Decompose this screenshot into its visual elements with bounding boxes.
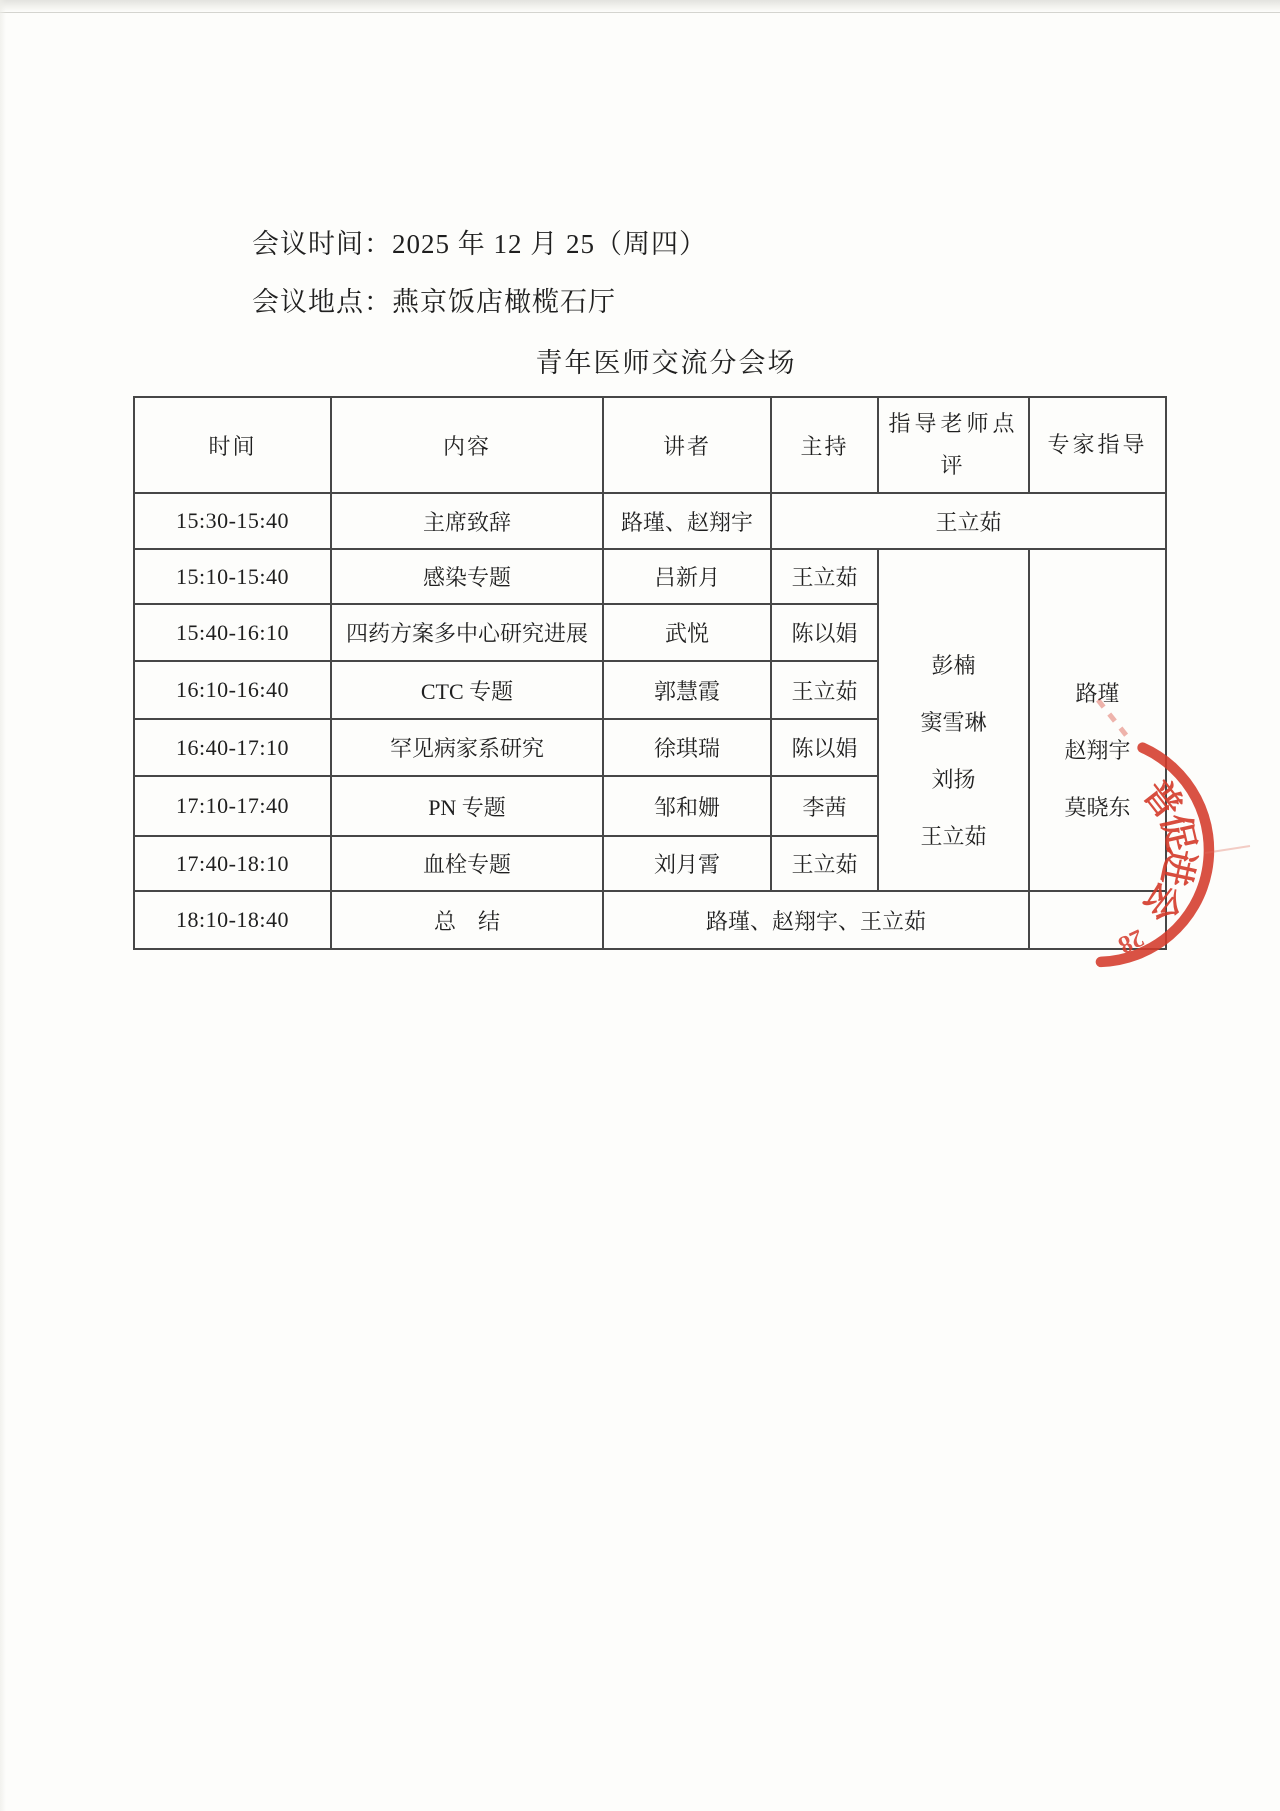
meeting-time-line: 会议时间：2025 年 12 月 25（周四） [252, 222, 707, 261]
cell-expert-advisors: 路瑾 赵翔宇 莫晓东 [1029, 549, 1166, 891]
table-header-row: 时间 内容 讲者 主持 指导老师点评 专家指导 [134, 397, 1166, 493]
col-header-speaker: 讲者 [603, 397, 771, 493]
cell-speaker: 邹和姗 [603, 776, 771, 836]
cell-content: 罕见病家系研究 [331, 719, 603, 776]
table-row: 15:30-15:40 主席致辞 路瑾、赵翔宇 王立茹 [134, 493, 1166, 549]
meeting-location-line: 会议地点：燕京饭店橄榄石厅 [252, 280, 616, 319]
col-header-time: 时间 [134, 397, 331, 493]
cell-expert-empty [1029, 891, 1166, 949]
table-row: 15:10-15:40 感染专题 吕新月 王立茹 彭楠 窦雪琳 刘扬 王立茹 路… [134, 549, 1166, 604]
cell-merged-host: 王立茹 [771, 493, 1166, 549]
seal-smear-line [1205, 846, 1250, 853]
expert-name: 路瑾 [1075, 681, 1119, 707]
cell-time: 16:10-16:40 [134, 661, 331, 719]
mentor-reviewers-stack: 彭楠 窦雪琳 刘扬 王立茹 [879, 591, 1028, 850]
cell-time: 15:30-15:40 [134, 493, 331, 549]
cell-speaker: 路瑾、赵翔宇 [603, 493, 771, 549]
cell-mentor-reviewers: 彭楠 窦雪琳 刘扬 王立茹 [878, 549, 1029, 891]
cell-content: CTC 专题 [331, 661, 603, 719]
scanned-document-page: 会议时间：2025 年 12 月 25（周四） 会议地点：燕京饭店橄榄石厅 青年… [0, 0, 1280, 1811]
mentor-name: 王立茹 [920, 824, 986, 850]
cell-host: 陈以娟 [771, 719, 878, 776]
cell-content: PN 专题 [331, 776, 603, 836]
expert-name: 赵翔宇 [1064, 738, 1130, 764]
cell-merged-summary-people: 路瑾、赵翔宇、王立茹 [603, 891, 1029, 949]
col-header-expert-guidance: 专家指导 [1029, 397, 1166, 493]
scan-left-edge-artifact [0, 0, 6, 1811]
col-header-host: 主持 [771, 397, 878, 493]
cell-host: 李茜 [771, 776, 878, 836]
scan-top-edge-artifact [0, 0, 1280, 13]
schedule-table: 时间 内容 讲者 主持 指导老师点评 专家指导 15:30-15:40 主席致辞… [133, 396, 1167, 950]
cell-host: 王立茹 [771, 836, 878, 891]
cell-time: 17:40-18:10 [134, 836, 331, 891]
cell-time: 15:40-16:10 [134, 604, 331, 661]
col-header-content: 内容 [331, 397, 603, 493]
cell-time: 16:40-17:10 [134, 719, 331, 776]
mentor-name: 刘扬 [931, 767, 975, 793]
mentor-name: 窦雪琳 [920, 710, 986, 736]
expert-advisors-stack: 路瑾 赵翔宇 莫晓东 [1030, 619, 1165, 821]
cell-speaker: 吕新月 [603, 549, 771, 604]
cell-speaker: 郭慧霞 [603, 661, 771, 719]
cell-speaker: 武悦 [603, 604, 771, 661]
cell-time: 15:10-15:40 [134, 549, 331, 604]
cell-host: 王立茹 [771, 549, 878, 604]
cell-speaker: 刘月霄 [603, 836, 771, 891]
cell-content: 主席致辞 [331, 493, 603, 549]
cell-speaker: 徐琪瑞 [603, 719, 771, 776]
cell-time: 17:10-17:40 [134, 776, 331, 836]
expert-name: 莫晓东 [1064, 795, 1130, 821]
cell-content: 血栓专题 [331, 836, 603, 891]
cell-host: 王立茹 [771, 661, 878, 719]
col-header-mentor-review: 指导老师点评 [878, 397, 1029, 493]
mentor-name: 彭楠 [931, 653, 975, 679]
section-title: 青年医师交流分会场 [133, 341, 1165, 380]
cell-content: 感染专题 [331, 549, 603, 604]
cell-content: 四药方案多中心研究进展 [331, 604, 603, 661]
cell-time: 18:10-18:40 [134, 891, 331, 949]
cell-content: 总 结 [331, 891, 603, 949]
table-row: 18:10-18:40 总 结 路瑾、赵翔宇、王立茹 [134, 891, 1166, 949]
cell-host: 陈以娟 [771, 604, 878, 661]
